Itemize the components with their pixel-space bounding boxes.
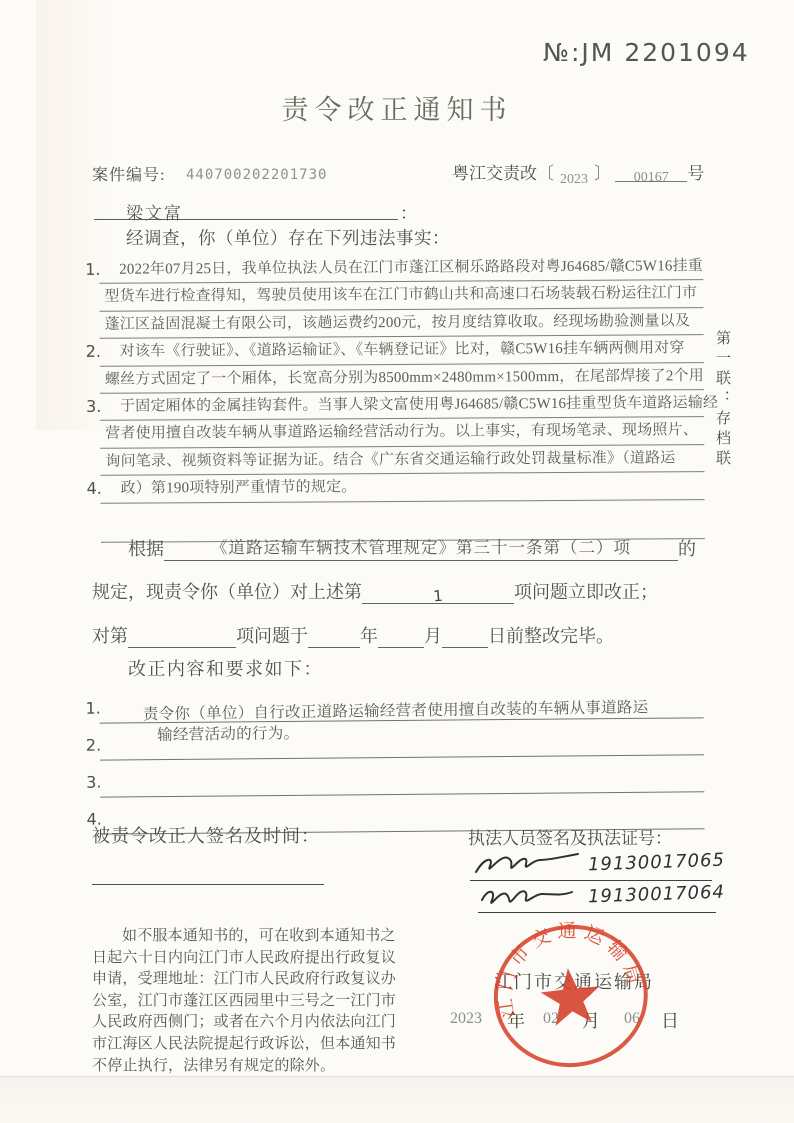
- handwritten-1: 1: [433, 587, 444, 606]
- serial-number: №:JM 2201094: [543, 38, 750, 67]
- blank-item: [128, 647, 236, 648]
- statute-line-1: 根据 《道路运输车辆技术管理规定》第三十一条第（二）项 的: [128, 534, 696, 561]
- ref-doc-number: 00167: [615, 170, 687, 186]
- officer-sign-label: 执法人员签名及执法证号：: [468, 824, 672, 849]
- case-number-label: 案件编号:: [92, 162, 165, 185]
- ref-year: 2023: [560, 172, 588, 188]
- reference-number: 粤江交责改〔2023〕 00167号: [452, 159, 704, 184]
- officer-signature-scribble: [470, 848, 582, 882]
- addressee-colon: ：: [400, 199, 417, 224]
- blank-year: [308, 647, 360, 648]
- blank-day: [442, 647, 488, 648]
- appeal-notice: 如不服本通知书的，可在收到本通知书之 日起六十日内向江门市人民政府提出行政复议 …: [92, 926, 428, 1077]
- blank-month: [378, 647, 424, 648]
- corrected-person-sign-label: 被责令改正人签名及时间：: [92, 822, 320, 848]
- item-number-fill: 1: [362, 582, 514, 604]
- official-seal: 江门市交通运输局: [478, 912, 663, 1085]
- facts-list: 1.2022年07月25日，我单位执法人员在江门市蓬江区桐乐路路段对粤J6468…: [87, 253, 705, 543]
- scan-shadow-bottom: [0, 1077, 794, 1123]
- corrections-heading: 改正内容和要求如下：: [128, 655, 323, 681]
- fact-row: 询问笔录、视频资料等证据为证。结合《广东省交通运输行政处罚裁量标准》（道路运: [100, 445, 704, 476]
- intro-sentence: 经调查，你（单位）存在下列违法事实：: [126, 225, 450, 250]
- addressee-underline: 梁文富: [94, 198, 398, 220]
- officer-badge-number: 19130017065: [588, 850, 726, 876]
- fact-row: 螺丝方式固定了一个厢体，长宽高分别为8500mm×2480mm×1500mm，在…: [100, 363, 704, 394]
- ref-close: 〕: [594, 164, 611, 183]
- officer-signature-scribble: [478, 880, 578, 914]
- fact-row: 1.2022年07月25日，我单位执法人员在江门市蓬江区桐乐路路段对粤J6468…: [99, 253, 703, 284]
- officer-signature-row: 19130017064: [478, 884, 716, 913]
- corrected-person-sign-line: [92, 860, 324, 885]
- fact-row: 蓬江区益固混凝土有限公司，该趟运费约200元，按月度结算收取。经现场勘验测量以及: [99, 308, 703, 339]
- statute-law-fill: 《道路运输车辆技术管理规定》第三十一条第（二）项: [164, 534, 678, 561]
- corrections-content: 责令你（单位）自行改正道路运输经营者使用擅自改装的车辆从事道路运 输经营活动的行…: [143, 696, 744, 746]
- fact-row: 营者使用擅自改装车辆从事道路运输经营活动行为。以上事实，有现场笔录、现场照片、: [100, 417, 704, 448]
- page-title: 责令改正通知书: [0, 88, 794, 127]
- statute-prefix: 根据: [128, 535, 164, 561]
- officer-badge-number: 19130017064: [588, 882, 726, 908]
- fact-row: 2.对该车《行驶证》、《道路运输证》、《车辆登记证》比对，赣C5W16挂车辆两侧…: [100, 335, 704, 366]
- document-page: №:JM 2201094 责令改正通知书 案件编号: 4407002022017…: [0, 0, 794, 1123]
- copy-label-vertical: 第一联：存档联: [712, 330, 733, 470]
- fact-row: 型货车进行检查得知，驾驶员使用该车在江门市鹤山共和高速口石场装载石粉运往江门市: [99, 281, 703, 312]
- statute-line-2: 规定，现责令你（单位）对上述第1项问题立即改正；: [92, 578, 658, 604]
- statute-line-3: 对第项问题于年月日前整改完毕。: [92, 622, 614, 648]
- date-day-label: 日: [661, 1007, 679, 1033]
- officer-signature-row: 19130017065: [470, 852, 712, 881]
- statute-de: 的: [678, 535, 696, 561]
- ref-suffix: 号: [687, 164, 704, 183]
- seal-star-icon: [539, 965, 604, 1027]
- date-year: 2023: [450, 1010, 482, 1028]
- case-number-value: 440700202201730: [186, 167, 327, 183]
- ref-prefix: 粤江交责改〔: [452, 164, 554, 183]
- fact-row: 3.于固定厢体的金属挂钩套件。当事人梁文富使用粤J64685/赣C5W16挂重型…: [100, 390, 704, 421]
- correction-row: 3.: [100, 755, 704, 797]
- fact-row: 4.政）第190项特别严重情节的规定。: [100, 472, 704, 503]
- addressee-name: 梁文富: [126, 199, 183, 224]
